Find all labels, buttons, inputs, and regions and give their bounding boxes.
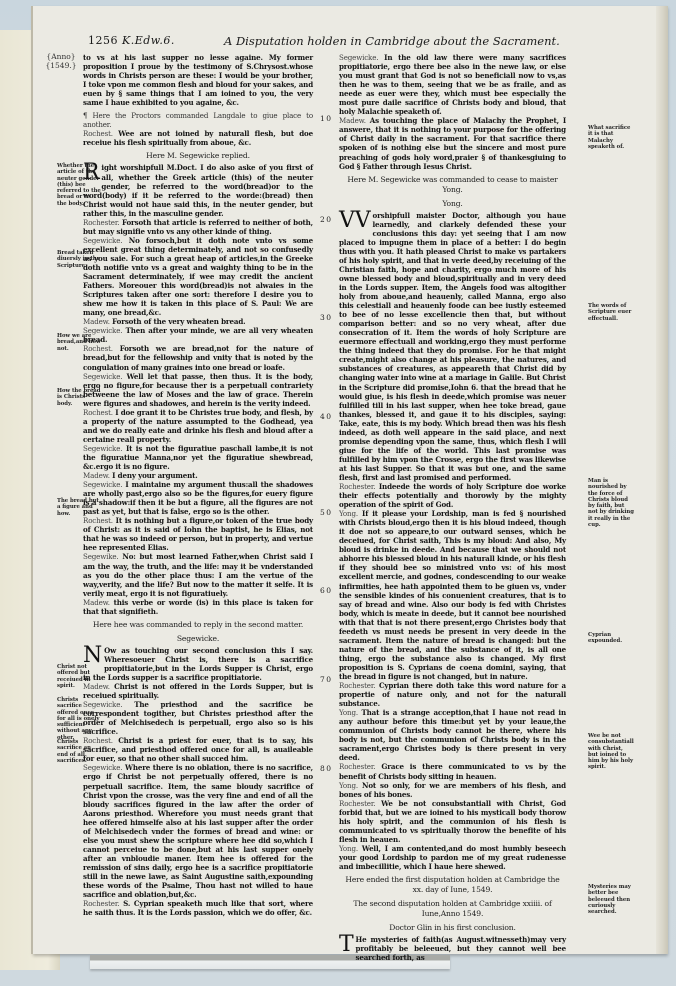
speech-paragraph: Segewicke. The priesthod and the sacrifi… [83,700,313,736]
section-heading: Yong. [339,199,566,209]
speech-text: Forsoth we are bread,not for the nature … [83,344,313,371]
line-number: 20 [320,215,333,224]
paragraph: to vs at his last supper no lesse againe… [83,53,313,107]
speech-paragraph: Rochester. Indeede the words of holy Scr… [339,482,566,509]
speaker-name: Segewicke. [339,53,378,62]
speaker-name: Segewicke. [83,763,122,772]
speech-paragraph: Segewicke. Then after your minde, we are… [83,326,313,344]
anno-bracket: {Anno} {1549.} [44,52,78,70]
speech-paragraph: Rochester. We be not consubstantiall wit… [339,799,566,844]
speech-paragraph: Rochester. Forsoth that article is refer… [83,218,313,236]
speech-text: Well, I am contented,and do most humbly … [339,844,566,871]
speech-paragraph: Segewicke. No forsoch,but it doth note v… [83,236,313,317]
note-text: Here the Proctors commanded Langdale to … [83,111,313,129]
paragraph-text: Ow as touching our second conclusion thi… [83,646,313,682]
speech-paragraph: Rochester. Grace is there communicated t… [339,762,566,780]
reign: K.Edw.6. [122,34,175,47]
page-headline: A Disputation holden in Cambridge about … [224,34,560,48]
paragraph-dropcap: THe mysteries of faith(as August.witness… [339,935,566,962]
speaker-name: Madew. [83,317,110,326]
speaker-name: Rochest. [83,516,113,525]
section-heading: Doctor Glin in his first conclusion. [339,923,566,933]
margin-note: How the bread is Christs body. [57,388,101,407]
right-column: Segewicke. In the old law there were man… [339,53,566,962]
line-number: 70 [320,675,333,684]
page-number: 1256 [88,34,118,47]
margin-note: How we are bread,and how not. [57,333,101,352]
speech-text: Where there is no oblation, there is no … [83,763,313,899]
margin-note: Man is nourished by the force of Christs… [588,478,634,528]
margin-note: Christ not offered but receiued in spiri… [57,664,101,689]
speech-paragraph: Rochest. Forsoth we are bread,not for th… [83,344,313,371]
speech-paragraph: Madew. this verbe or worde (is) in this … [83,598,313,616]
speech-paragraph: Rochest. I doe grant it to be Christes t… [83,408,313,444]
speaker-name: Madew. [83,471,110,480]
paragraph-dropcap: Right worshipfull M.Doct. I do also aske… [83,163,313,217]
speech-paragraph: Yong. Not so only, for we are members of… [339,781,566,799]
speech-paragraph: Madew. As touching the place of Malachy … [339,116,566,170]
speech-text: I deny your argument. [112,471,197,480]
speaker-name: Yong. [339,708,358,717]
speech-text: Forsoth of the very wheaten bread. [112,317,245,326]
speech-text: Not so only, for we are members of his f… [339,781,566,799]
speech-paragraph: Yong. That is a strange acception,that I… [339,708,566,762]
line-number: 60 [320,586,333,595]
anno-year: 1549. [50,61,71,70]
line-number: 80 [320,764,333,773]
line-number: 40 [320,412,333,421]
section-heading: Here M. Segewicke was commanded to cease… [339,175,566,195]
line-number: 30 [320,313,333,322]
speech-paragraph: Segewicke. Well let that passe, then thu… [83,372,313,408]
speaker-name: Rochester. [339,799,375,808]
speaker-name: Rochester. [83,218,119,227]
speech-text: That is a strange acception,that I haue … [339,708,566,762]
speaker-name: Madew. [83,598,110,607]
speech-text: Wee are not ioined by naturall flesh, bu… [83,129,313,147]
speaker-name: Segewicke. [83,236,122,245]
speech-paragraph: Segewicke. I maintaine my argument thus:… [83,480,313,516]
speech-paragraph: Rochest. Christ is a priest for euer, th… [83,736,313,763]
margin-note: Whether the article of the neuter gender… [57,163,101,207]
speech-text: It is nothing but a figure,or token of t… [83,516,313,552]
drop-capital: VV [339,212,370,230]
paragraph-text: orshipfull maister Doctor, although you … [339,211,566,482]
speaker-name: Yong. [339,781,358,790]
section-heading: Here M. Segewicke replied. [83,151,313,161]
speaker-name: Segewicke. [83,444,122,453]
speaker-name: Segewicke. [83,372,122,381]
margin-note: The words of Scripture euer effectuall. [588,303,634,322]
speech-paragraph: Rochester. Cyprian there doth take this … [339,681,566,708]
speaker-name: Rochester. [339,762,375,771]
anno-label: Anno [51,52,71,61]
paragraph-text: ight worshipfull M.Doct. I do also aske … [83,163,313,217]
proctor-note: ¶ Here the Proctors commanded Langdale t… [83,111,313,129]
section-heading: The second disputation holden at Cambrid… [339,899,566,919]
speech-paragraph: Segewike. No: but most learned Father,wh… [83,552,313,597]
folio: 1256 K.Edw.6. [88,34,175,47]
section-heading: Segewicke. [83,634,313,644]
line-number: 10 [320,114,333,123]
speech-paragraph: Segewicke. Where there is no oblation, t… [83,763,313,899]
speaker-name: Rochester. [339,681,375,690]
speaker-name: Yong. [339,509,358,518]
speech-text: In the old law there were many sacrifice… [339,53,566,116]
speech-paragraph: Madew. Forsoth of the very wheaten bread… [83,317,313,326]
speech-paragraph: Rochest. It is nothing but a figure,or t… [83,516,313,552]
speaker-name: Yong. [339,844,358,853]
drop-capital: N [83,647,102,665]
speaker-name: Rochest. [83,129,113,138]
speech-text: No forsoch,but it doth note vnto vs some… [83,236,313,317]
pilcrow-icon: ¶ [83,111,93,120]
paragraph-dropcap: VVorshipfull maister Doctor, although yo… [339,211,566,482]
drop-capital: T [339,936,354,954]
speech-text: If it please your Lordship, man is fed §… [339,509,566,681]
speech-paragraph: Madew. I deny your argument. [83,471,313,480]
speech-paragraph: Yong. Well, I am contented,and do most h… [339,844,566,871]
speaker-name: Segewicke. [83,480,122,489]
speaker-name: Rochest. [83,408,113,417]
speech-paragraph: Segewicke. In the old law there were man… [339,53,566,116]
speech-text: As touching the place of Malachy the Pro… [339,116,566,170]
speech-paragraph: Yong. If it please your Lordship, man is… [339,509,566,681]
running-head: 1256 K.Edw.6. A Disputation holden in Ca… [88,34,628,50]
speech-text: I doe grant it to be Christes true body,… [83,408,313,444]
speech-text: this verbe or worde (is) in this place i… [83,598,313,616]
speaker-name: Rochester. [339,482,375,491]
margin-note: What sacrifice it is that Malachy speake… [588,125,634,150]
speaker-name: Rochester. [83,899,119,908]
margin-note: Christs sacrifice an end of all sacrific… [57,739,101,764]
speaker-name: Segewike. [83,552,119,561]
margin-note: Bread taken diuersly in the Scripture. [57,250,101,269]
section-heading: Here ended the first disputation holden … [339,875,566,895]
speech-paragraph: Segewicke. It is not the figuratiue pasc… [83,444,313,471]
paragraph-dropcap: NOw as touching our second conclusion th… [83,646,313,682]
margin-note: The bread but a figure and how. [57,498,101,517]
speaker-name: Madew. [339,116,366,125]
speech-text: Christ is a priest for euer, that is to … [83,736,313,763]
line-number: 50 [320,508,333,517]
section-heading: Here hee was commanded to reply in the s… [83,620,313,630]
margin-note: Wee be not consubstantiall with Christ, … [588,733,634,771]
page-edge [656,6,668,954]
margin-note: Christs sacrifice offered once for all i… [57,697,101,741]
speech-text: Christ is not offered in the Lords Suppe… [83,682,313,700]
left-column: to vs at his last supper no lesse againe… [83,53,313,917]
speech-paragraph: Rochest. Wee are not ioined by naturall … [83,129,313,147]
speech-paragraph: Madew. Christ is not offered in the Lord… [83,682,313,700]
margin-note: Cyprian expounded. [588,632,634,645]
margin-note: Mysteries may better bee beleeued then c… [588,884,634,915]
paragraph-text: He mysteries of faith(as August.witnesse… [356,935,566,962]
speech-paragraph: Rochester. S. Cyprian speaketh much like… [83,899,313,917]
